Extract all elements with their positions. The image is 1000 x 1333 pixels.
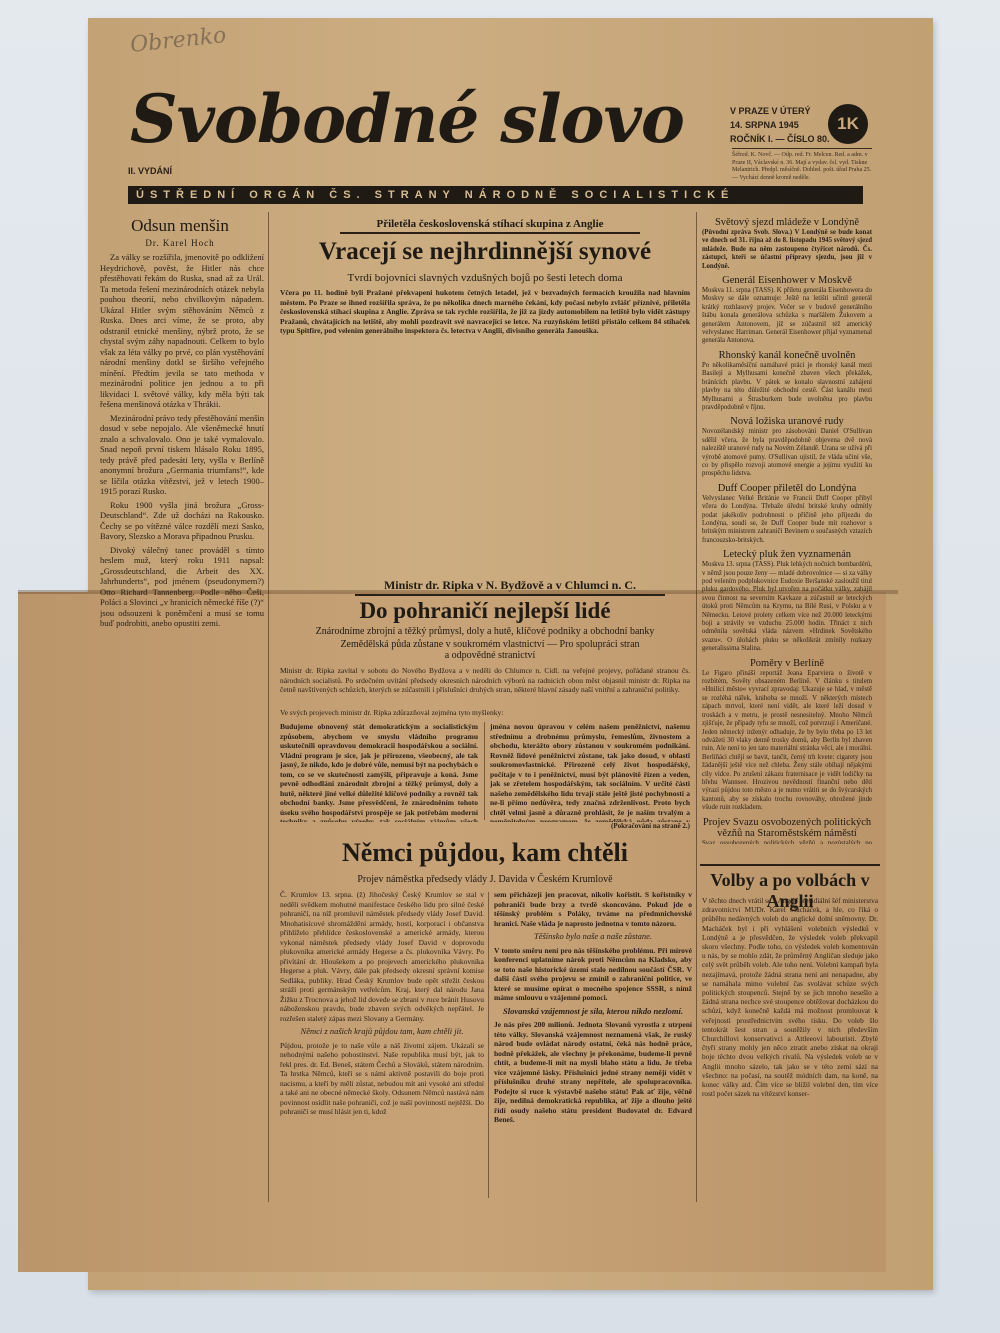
news-item: Rhonský kanál konečně uvolněn Po několik…: [702, 350, 872, 412]
italic-callout: Němci z našich krajů půjdou tam, kam cht…: [280, 1027, 484, 1037]
imprint-box: Šéfred. K. Novč. — Odp. red. Fr. Melcen.…: [732, 148, 872, 182]
party-banner: ÚSTŘEDNÍ ORGÁN ČS. STRANY NÁRODNĚ SOCIAL…: [128, 186, 863, 204]
news-item-body: Le Figaro přináší reportáž Jeana Eparvie…: [702, 670, 872, 813]
italic-callout: Těšínsko bylo naše a naše zůstane.: [494, 932, 692, 942]
paragraph: Je nás přes 200 milionů. Jednota Slovanů…: [494, 1020, 692, 1124]
divider-rule: [700, 864, 880, 866]
news-item-title: Rhonský kanál konečně uvolněn: [702, 350, 872, 361]
column-rule-right: [696, 212, 697, 1202]
news-item-title: Nová ložiska uranové rudy: [702, 416, 872, 427]
article-body-volby: V těchto dnech vrátil se z Anglie presid…: [702, 896, 878, 1196]
news-item: Nová ložiska uranové rudy Novozélandský …: [702, 416, 872, 478]
article-col-nemci-a: Č. Krumlov 13. srpna. (ž) Jihočeský Česk…: [280, 890, 484, 1200]
paragraph: Půjdou, protože je to naše vůle a náš ži…: [280, 1041, 484, 1117]
headline-ripka: Do pohraničí nejlepší lidé: [280, 598, 690, 624]
news-item: Světový sjezd mládeže v Londýně (Původní…: [702, 217, 872, 271]
newspaper-masthead: Svobodné slovo: [130, 80, 684, 158]
article-col-nemci-b: sem přicházejí jen pracovat, nikoliv koř…: [494, 890, 692, 1200]
kicker-ripka: Ministr dr. Ripka v N. Bydžově a v Chlum…: [355, 578, 665, 596]
news-item: Letecký pluk žen vyznamenán Moskva 13. s…: [702, 549, 872, 653]
headline-nemci: Němci půjdou, kam chtěli: [280, 838, 690, 868]
news-item-body: Novozélandský ministr pro zásobování Dan…: [702, 428, 872, 478]
headline-fighters: Vracejí se nejhrdinnější synové: [280, 238, 690, 266]
price-badge: 1K: [828, 104, 868, 144]
article-author: Dr. Karel Hoch: [100, 238, 260, 248]
news-item-body: Svaz osvobozených politických vězňů a po…: [702, 840, 872, 844]
article-body-odsun: Za války se rozšířila, jmenovitě po odkl…: [100, 252, 264, 1192]
paragraph: Za války se rozšířila, jmenovitě po odkl…: [100, 252, 264, 410]
subhead-ripka-1: Znárodníme zbrojní a těžký průmysl, doly…: [280, 626, 690, 637]
news-item-title: Poměry v Berlíně: [702, 658, 872, 669]
news-item: Projev Svazu osvobozených politických vě…: [702, 817, 872, 844]
news-item: Generál Eisenhower v Moskvě Moskva 11. s…: [702, 275, 872, 346]
article-col-ripka-b: jména novou úpravou v celém našem peněžn…: [490, 722, 690, 822]
article-col-ripka-a: Budujeme obnovený stát demokratickým a s…: [280, 722, 478, 822]
news-item-title: Generál Eisenhower v Moskvě: [702, 275, 872, 286]
continued-note: (Pokračování na straně 2.): [600, 822, 690, 830]
paragraph: sem přicházejí jen pracovat, nikoliv koř…: [494, 890, 692, 928]
subhead-ripka-2: Zemědělská půda zůstane v soukromém vlas…: [340, 639, 640, 661]
paragraph: V tomto směru není pro nás těšínského pr…: [494, 946, 692, 1003]
news-item-body: Velvyslanec Velké Británie ve Francii Du…: [702, 495, 872, 545]
subhead-fighters: Tvrdí bojovníci slavných vzdušných bojů …: [280, 272, 690, 284]
article-intro-ripka: Ve svých projevech ministr dr. Ripka zdů…: [280, 708, 690, 720]
column-rule-center: [484, 722, 485, 820]
article-body-fighters: Včera po 11. hodině byli Pražané překvap…: [280, 288, 690, 570]
paragraph: Roku 1900 vyšla jiná brožura „Gross-Deut…: [100, 500, 264, 542]
italic-callout: Slovanská vzájemnost je síla, kterou nik…: [494, 1007, 692, 1017]
news-item-title: Duff Cooper přiletěl do Londýna: [702, 483, 872, 494]
issue-date: 14. SRPNA 1945: [730, 118, 830, 132]
right-news-column: Světový sjezd mládeže v Londýně (Původní…: [702, 214, 872, 844]
column-rule-center-2: [488, 892, 489, 1198]
news-item-title: Světový sjezd mládeže v Londýně: [702, 217, 872, 228]
article-lead-ripka: Ministr dr. Ripka zavítal v sobotu do No…: [280, 666, 690, 708]
paragraph: Divoký válečný tanec prováděl s tímto he…: [100, 545, 264, 629]
news-item: Poměry v Berlíně Le Figaro přináší repor…: [702, 658, 872, 813]
volume-number: ROČNÍK I. — ČÍSLO 80.: [730, 132, 830, 146]
place-day: V PRAZE V ÚTERÝ: [730, 104, 830, 118]
news-item-title: Letecký pluk žen vyznamenán: [702, 549, 872, 560]
news-item-body: (Původní zpráva Svob. Slova.) V Londýně …: [702, 229, 872, 271]
news-item-title: Projev Svazu osvobozených politických vě…: [702, 817, 872, 839]
paragraph: Č. Krumlov 13. srpna. (ž) Jihočeský Česk…: [280, 890, 484, 1023]
paragraph: Mezinárodní právo tedy přestěhování menš…: [100, 413, 264, 497]
column-rule-left: [268, 212, 269, 1202]
kicker-fighters: Přiletěla československá stíhací skupina…: [340, 218, 640, 234]
subhead-nemci: Projev náměstka předsedy vlády J. Davida…: [280, 874, 690, 885]
dateline-box: V PRAZE V ÚTERÝ 14. SRPNA 1945 ROČNÍK I.…: [730, 104, 830, 146]
news-item-body: Moskva 11. srpna (TASS). K příletu gener…: [702, 287, 872, 346]
news-item-body: Moskva 13. srpna (TASS). Pluk lehkých no…: [702, 561, 872, 653]
news-item-body: Po několikaměsíční namáhavé práci je rho…: [702, 362, 872, 412]
article-title-odsun: Odsun menšin: [100, 216, 260, 236]
edition-label: II. VYDÁNÍ: [128, 166, 172, 176]
news-item: Duff Cooper přiletěl do Londýna Velvysla…: [702, 483, 872, 545]
